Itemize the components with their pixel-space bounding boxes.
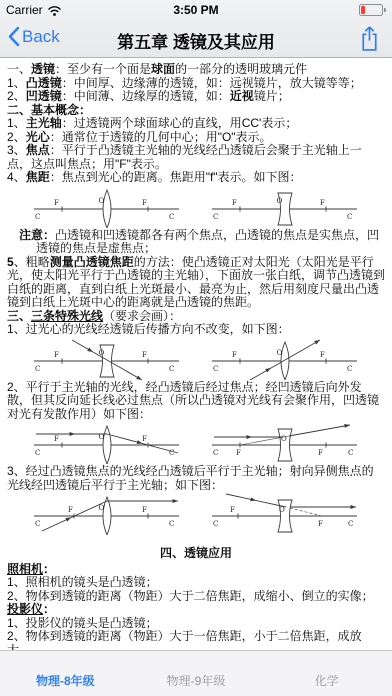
text-segment: ：平行于凸透镜主光轴的光线经凸透镜后会聚于主光轴上一点，这点叫焦点；用"F"表示…: [7, 143, 362, 171]
text-segment: 3、: [7, 143, 26, 157]
text-line: 一、透镜：至少有一个面是球面的一部分的透明玻璃元件: [7, 63, 385, 77]
share-icon: [359, 25, 380, 52]
battery-nub: [384, 8, 386, 12]
status-bar: Carrier 3:50 PM: [0, 0, 392, 20]
convex-parallel-ray-diagram: FFOCC: [32, 422, 182, 464]
navigation-bar: Back 第五章 透镜及其应用: [0, 20, 392, 58]
text-segment: 光心: [26, 130, 50, 144]
concave-center-ray-diagram: FFOCC: [32, 338, 182, 380]
svg-text:O: O: [99, 197, 105, 205]
text-segment: ：中间厚、边缘薄的透镜，如：远视镜片，放大镜等等；: [62, 76, 362, 90]
text-segment: 照相机: [7, 562, 43, 576]
text-segment: 二、基本概念：: [7, 103, 91, 117]
text-segment: 投影仪: [7, 602, 43, 616]
svg-text:C: C: [35, 520, 40, 528]
svg-text:C: C: [35, 365, 40, 373]
text-segment: ：中间薄、边缘厚的透镜，如：: [62, 89, 230, 103]
text-segment: 4、: [7, 170, 26, 184]
svg-text:F: F: [142, 506, 147, 514]
text-segment: ：: [43, 562, 55, 576]
concave-plain-diagram: FFOCC: [210, 186, 360, 228]
header: Carrier 3:50 PM Back 第五章 透镜及其应用: [0, 0, 392, 58]
tab-physics-grade9[interactable]: 物理-9年级: [131, 672, 262, 696]
svg-text:C: C: [35, 213, 40, 221]
text-segment: ：至少有一个面是: [55, 62, 151, 76]
svg-text:O: O: [99, 504, 105, 512]
text-line: 三、三条特殊光线（要求会画）：: [7, 310, 385, 324]
svg-text:C: C: [213, 213, 218, 221]
text-segment: 1、: [7, 116, 26, 130]
text-segment: 2、物体到透镜的距离（物距）大于二倍焦距，成缩小、倒立的实像；: [7, 589, 374, 603]
diagram-row: FFOCCFFOCC: [7, 338, 385, 380]
svg-text:C: C: [213, 365, 218, 373]
text-segment: 球面: [151, 62, 175, 76]
svg-text:F: F: [68, 506, 73, 514]
text-line: 注意：凸透镜和凹透镜都各有两个焦点，凸透镜的焦点是实焦点，凹透镜的焦点是虚焦点；: [7, 229, 385, 256]
text-segment: 1、过光心的光线经透镜后传播方向不改变，如下图：: [7, 322, 290, 336]
svg-text:C: C: [35, 449, 40, 457]
convex-center-ray-diagram: FFOCC: [210, 338, 360, 380]
svg-text:F: F: [320, 351, 325, 359]
text-segment: ：焦点到光心的距离。焦距用"f"表示。如下图：: [50, 170, 302, 184]
svg-text:C: C: [347, 213, 352, 221]
svg-text:F: F: [142, 351, 147, 359]
text-segment: 3、经过凸透镜焦点的光线经凸透镜后平行于主光轴；射向异侧焦点的光线经凹透镜后平行…: [7, 464, 374, 492]
svg-text:F: F: [54, 351, 59, 359]
text-segment: 、粗略: [14, 255, 50, 269]
svg-text:F: F: [230, 506, 235, 514]
svg-text:C: C: [348, 449, 353, 457]
text-segment: 5: [7, 255, 14, 269]
clock: 3:50 PM: [0, 3, 392, 17]
text-segment: 焦距: [26, 170, 50, 184]
svg-text:F: F: [320, 199, 325, 207]
text-segment: 三条特殊光线: [31, 309, 103, 323]
svg-text:F: F: [318, 449, 323, 457]
text-line: 2、物体到透镜的距离（物距）大于二倍焦距，成缩小、倒立的实像；: [7, 590, 385, 604]
app-window: Carrier 3:50 PM Back 第五章 透镜及其应用: [0, 0, 392, 696]
svg-text:C: C: [347, 365, 352, 373]
text-segment: 主光轴: [26, 116, 62, 130]
text-segment: 凹透镜: [26, 89, 62, 103]
share-button[interactable]: [357, 23, 382, 57]
text-segment: 近视: [230, 89, 254, 103]
svg-text:F: F: [142, 199, 147, 207]
svg-text:O: O: [281, 435, 287, 443]
page-title: 第五章 透镜及其应用: [60, 28, 332, 53]
text-line: 照相机：: [7, 563, 385, 577]
text-segment: 1、: [7, 76, 26, 90]
text-segment: ：: [43, 602, 55, 616]
text-segment: 镜片；: [254, 89, 290, 103]
text-line: 2、光心：通常位于透镜的几何中心；用"O"表示。: [7, 131, 385, 145]
text-line: 1、主光轴：过透镜两个球面球心的直线，用CC'表示；: [7, 117, 385, 131]
text-line: 4、焦距：焦点到光心的距离。焦距用"f"表示。如下图：: [7, 171, 385, 185]
svg-text:F: F: [54, 435, 59, 443]
text-segment: （要求会画）：: [103, 309, 181, 323]
svg-text:C: C: [213, 449, 218, 457]
section-heading: 四、透镜应用: [7, 547, 385, 561]
tab-physics-grade8[interactable]: 物理-8年级: [0, 672, 131, 696]
text-segment: 2、: [7, 89, 26, 103]
text-segment: 透镜: [31, 62, 55, 76]
text-line: 1、凸透镜：中间厚、边缘薄的透镜，如：远视镜片，放大镜等等；: [7, 77, 385, 91]
text-line: 2、凹透镜：中间薄、边缘厚的透镜，如：近视镜片；: [7, 90, 385, 104]
svg-text:C: C: [169, 520, 174, 528]
svg-text:F: F: [142, 435, 147, 443]
text-segment: 1、照相机的镜头是凸透镜；: [7, 575, 158, 589]
svg-text:F: F: [236, 449, 241, 457]
text-segment: 四、透镜应用: [160, 546, 232, 560]
text-line: 3、经过凸透镜焦点的光线经凸透镜后平行于主光轴；射向异侧焦点的光线经凹透镜后平行…: [7, 465, 385, 492]
svg-text:O: O: [277, 197, 283, 205]
text-line: 1、照相机的镜头是凸透镜；: [7, 576, 385, 590]
text-segment: 注意：: [19, 228, 55, 242]
text-line: 3、焦点：平行于凸透镜主光轴的光线经凸透镜后会聚于主光轴上一点，这点叫焦点；用"…: [7, 144, 385, 171]
text-line: 1、过光心的光线经透镜后传播方向不改变，如下图：: [7, 323, 385, 337]
svg-text:C: C: [169, 213, 174, 221]
svg-text:C: C: [213, 520, 218, 528]
svg-text:C: C: [348, 520, 353, 528]
text-segment: 一、: [7, 62, 31, 76]
svg-text:O: O: [277, 349, 283, 357]
back-button[interactable]: Back: [6, 24, 62, 49]
convex-focus-ray-diagram: FFOCC: [32, 493, 182, 535]
tab-chemistry[interactable]: 化学: [261, 672, 392, 696]
battery-body: [359, 4, 383, 16]
svg-text:F: F: [54, 199, 59, 207]
text-segment: 2、: [7, 130, 26, 144]
document-content[interactable]: 一、透镜：至少有一个面是球面的一部分的透明玻璃元件1、凸透镜：中间厚、边缘薄的透…: [0, 58, 392, 650]
text-line: 二、基本概念：: [7, 104, 385, 118]
text-line: 5、粗略测量凸透镜焦距的方法：使凸透镜正对太阳光（太阳光是平行光，使太阳光平行于…: [7, 256, 385, 310]
text-segment: 凸透镜: [26, 76, 62, 90]
svg-text:F: F: [232, 351, 237, 359]
text-line: 投影仪：: [7, 603, 385, 617]
text-segment: 焦点: [26, 143, 50, 157]
svg-text:F: F: [232, 199, 237, 207]
svg-text:F: F: [318, 520, 323, 528]
text-line: 2、平行于主光轴的光线，经凸透镜后经过焦点；经凹透镜后向外发散，但其反向延长线必…: [7, 381, 385, 422]
concave-parallel-ray-diagram: CFOFC: [210, 422, 360, 464]
text-segment: 测量凸透镜焦距: [50, 255, 134, 269]
text-segment: 三、: [7, 309, 31, 323]
concave-focus-ray-diagram: FOFCC: [210, 493, 360, 535]
convex-plain-diagram: FFOCC: [32, 186, 182, 228]
text-segment: 1、投影仪的镜头是凸透镜；: [7, 616, 158, 630]
text-segment: 的一部分的透明玻璃元件: [175, 62, 307, 76]
diagram-row: FFOCCCFOFC: [7, 422, 385, 464]
chevron-left-icon: [8, 26, 20, 47]
battery-level: [361, 6, 365, 14]
text-segment: ：过透镜两个球面球心的直线，用CC'表示；: [62, 116, 298, 130]
diagram-row: FFOCCFFOCC: [7, 186, 385, 228]
svg-text:C: C: [169, 365, 174, 373]
text-segment: ：通常位于透镜的几何中心；用"O"表示。: [50, 130, 272, 144]
text-segment: 凸透镜和凹透镜都各有两个焦点，凸透镜的焦点是实焦点，凹透镜的焦点是虚焦点；: [36, 228, 379, 256]
svg-text:C: C: [169, 449, 174, 457]
text-line: 2、物体到透镜的距离（物距）大于一倍焦距，小于二倍焦距，成放大、: [7, 630, 385, 650]
text-segment: 2、平行于主光轴的光线，经凸透镜后经过焦点；经凹透镜后向外发散，但其反向延长线必…: [7, 380, 379, 421]
tab-bar: 物理-8年级物理-9年级化学: [0, 650, 392, 696]
text-segment: 2、物体到透镜的距离（物距）大于一倍焦距，小于二倍焦距，成放大、: [7, 629, 362, 650]
battery-icon: [359, 4, 386, 16]
svg-text:O: O: [279, 506, 285, 514]
text-line: 1、投影仪的镜头是凸透镜；: [7, 617, 385, 631]
diagram-row: FFOCCFOFCC: [7, 493, 385, 535]
back-label: Back: [22, 27, 60, 47]
